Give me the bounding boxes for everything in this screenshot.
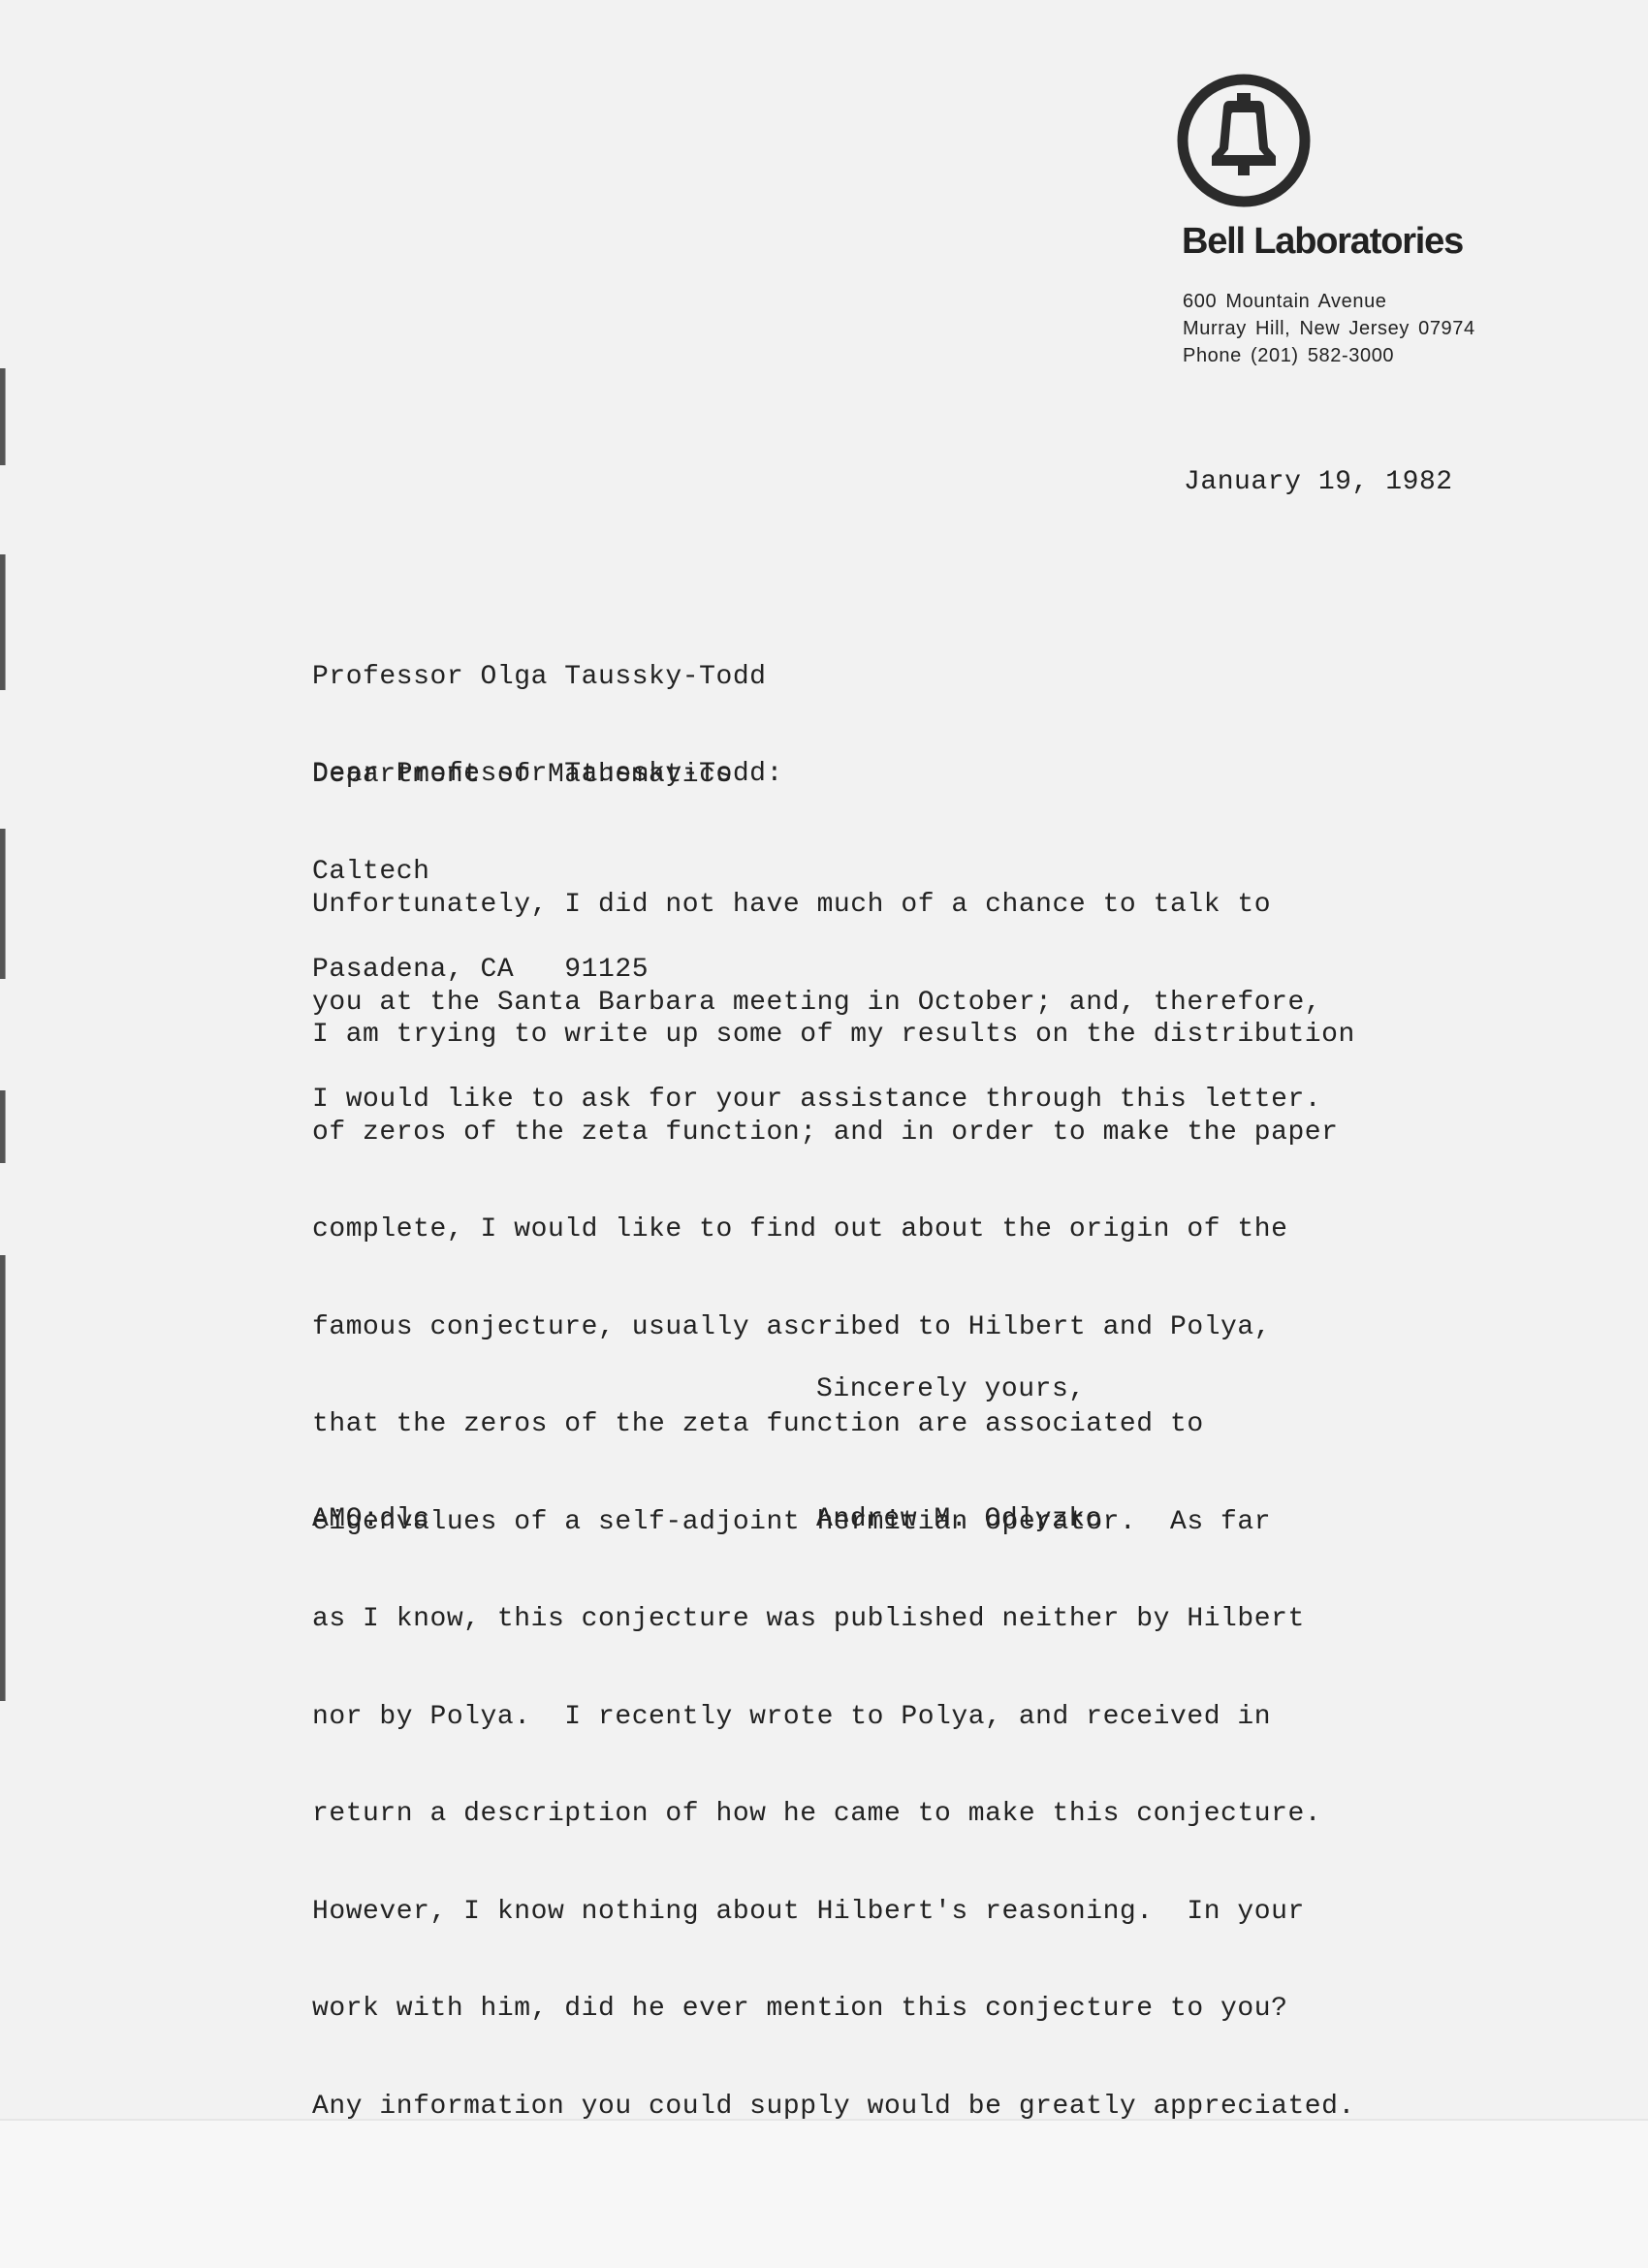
address-line: 600 Mountain Avenue <box>1183 288 1475 315</box>
scan-background <box>0 2119 1648 2268</box>
recipient-line: Professor Olga Taussky-Todd <box>312 661 767 694</box>
body-line: nor by Polya. I recently wrote to Polya,… <box>312 1701 1355 1734</box>
company-address: 600 Mountain Avenue Murray Hill, New Jer… <box>1183 288 1475 369</box>
letter-page: Bell Laboratories 600 Mountain Avenue Mu… <box>0 0 1648 2123</box>
scan-edge-mark <box>0 554 6 690</box>
salutation: Dear Professor Taussky-Todd: <box>312 759 783 789</box>
complimentary-closing: Sincerely yours, <box>816 1374 1086 1404</box>
body-line: Any information you could supply would b… <box>312 2091 1355 2124</box>
body-line: of zeros of the zeta function; and in or… <box>312 1117 1355 1150</box>
body-paragraph-2: I am trying to write up some of my resul… <box>312 954 1355 2188</box>
scan-edge-mark <box>0 368 6 465</box>
company-name: Bell Laboratories <box>1182 221 1463 263</box>
body-line: famous conjecture, usually ascribed to H… <box>312 1311 1355 1344</box>
address-line: Murray Hill, New Jersey 07974 <box>1183 315 1475 342</box>
scan-edge-mark <box>0 1255 6 1701</box>
body-line: Unfortunately, I did not have much of a … <box>312 889 1321 922</box>
body-line: complete, I would like to find out about… <box>312 1213 1355 1246</box>
letter-date: January 19, 1982 <box>1184 467 1453 497</box>
scan-edge-mark <box>0 1090 6 1163</box>
typist-initials: AMO:dlc <box>312 1504 429 1534</box>
phone-line: Phone (201) 582-3000 <box>1183 342 1475 369</box>
signature-name: Andrew M. Odlyzko <box>816 1504 1102 1534</box>
scan-edge-mark <box>0 829 6 979</box>
body-line: as I know, this conjecture was published… <box>312 1603 1355 1636</box>
body-line: However, I know nothing about Hilbert's … <box>312 1896 1355 1929</box>
body-line: return a description of how he came to m… <box>312 1798 1355 1831</box>
body-line: I am trying to write up some of my resul… <box>312 1019 1355 1052</box>
bell-in-circle-icon <box>1175 72 1313 209</box>
body-line: work with him, did he ever mention this … <box>312 1993 1355 2026</box>
body-line: that the zeros of the zeta function are … <box>312 1408 1355 1441</box>
